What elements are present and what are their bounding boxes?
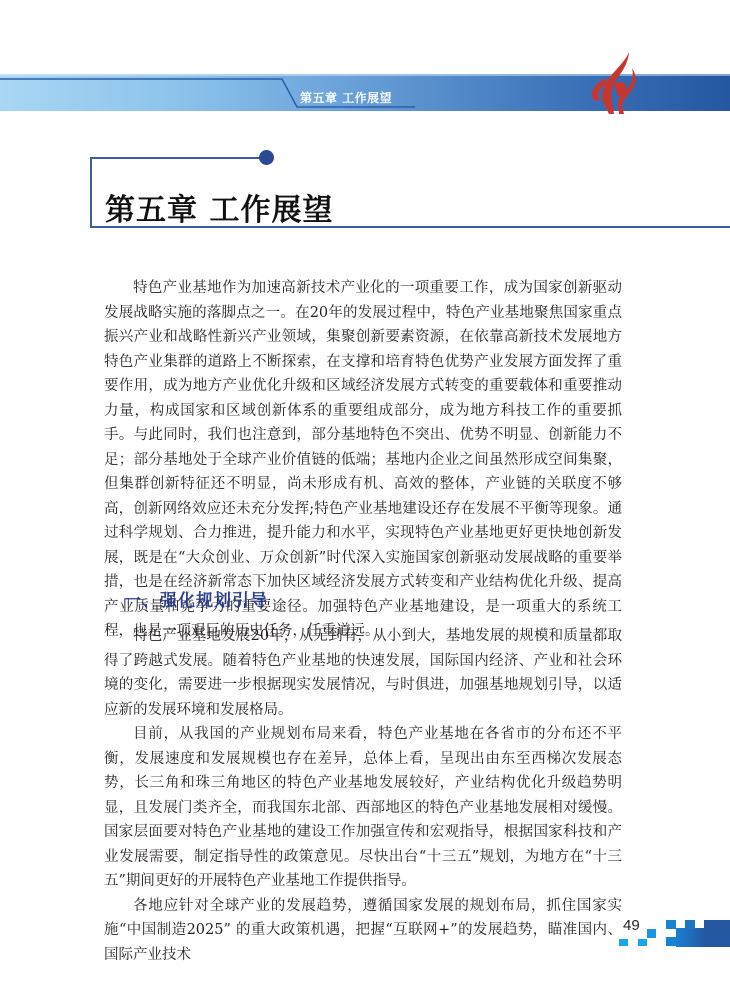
section-paragraph-1: 特色产业基地发展20年，从无到有，从小到大，基地发展的规模和质量都取得了跨越式发…: [104, 624, 622, 722]
section-heading: 一、强化规划引导: [124, 586, 268, 611]
section-body: 特色产业基地发展20年，从无到有，从小到大，基地发展的规模和质量都取得了跨越式发…: [104, 624, 622, 967]
page-number: 49: [623, 917, 640, 934]
red-flame-logo-icon: [584, 50, 644, 116]
chapter-title: 第五章 工作展望: [105, 185, 333, 229]
running-header-title: 第五章 工作展望: [300, 89, 392, 106]
chapter-dot-icon: [259, 150, 274, 165]
section-paragraph-2: 目前，从我国的产业规划布局来看，特色产业基地在各省市的分布还不平衡，发展速度和发…: [104, 722, 622, 894]
section-paragraph-3: 各地应针对全球产业的发展趋势，遵循国家发展的规划布局，抓住国家实施“中国制造20…: [104, 894, 622, 968]
